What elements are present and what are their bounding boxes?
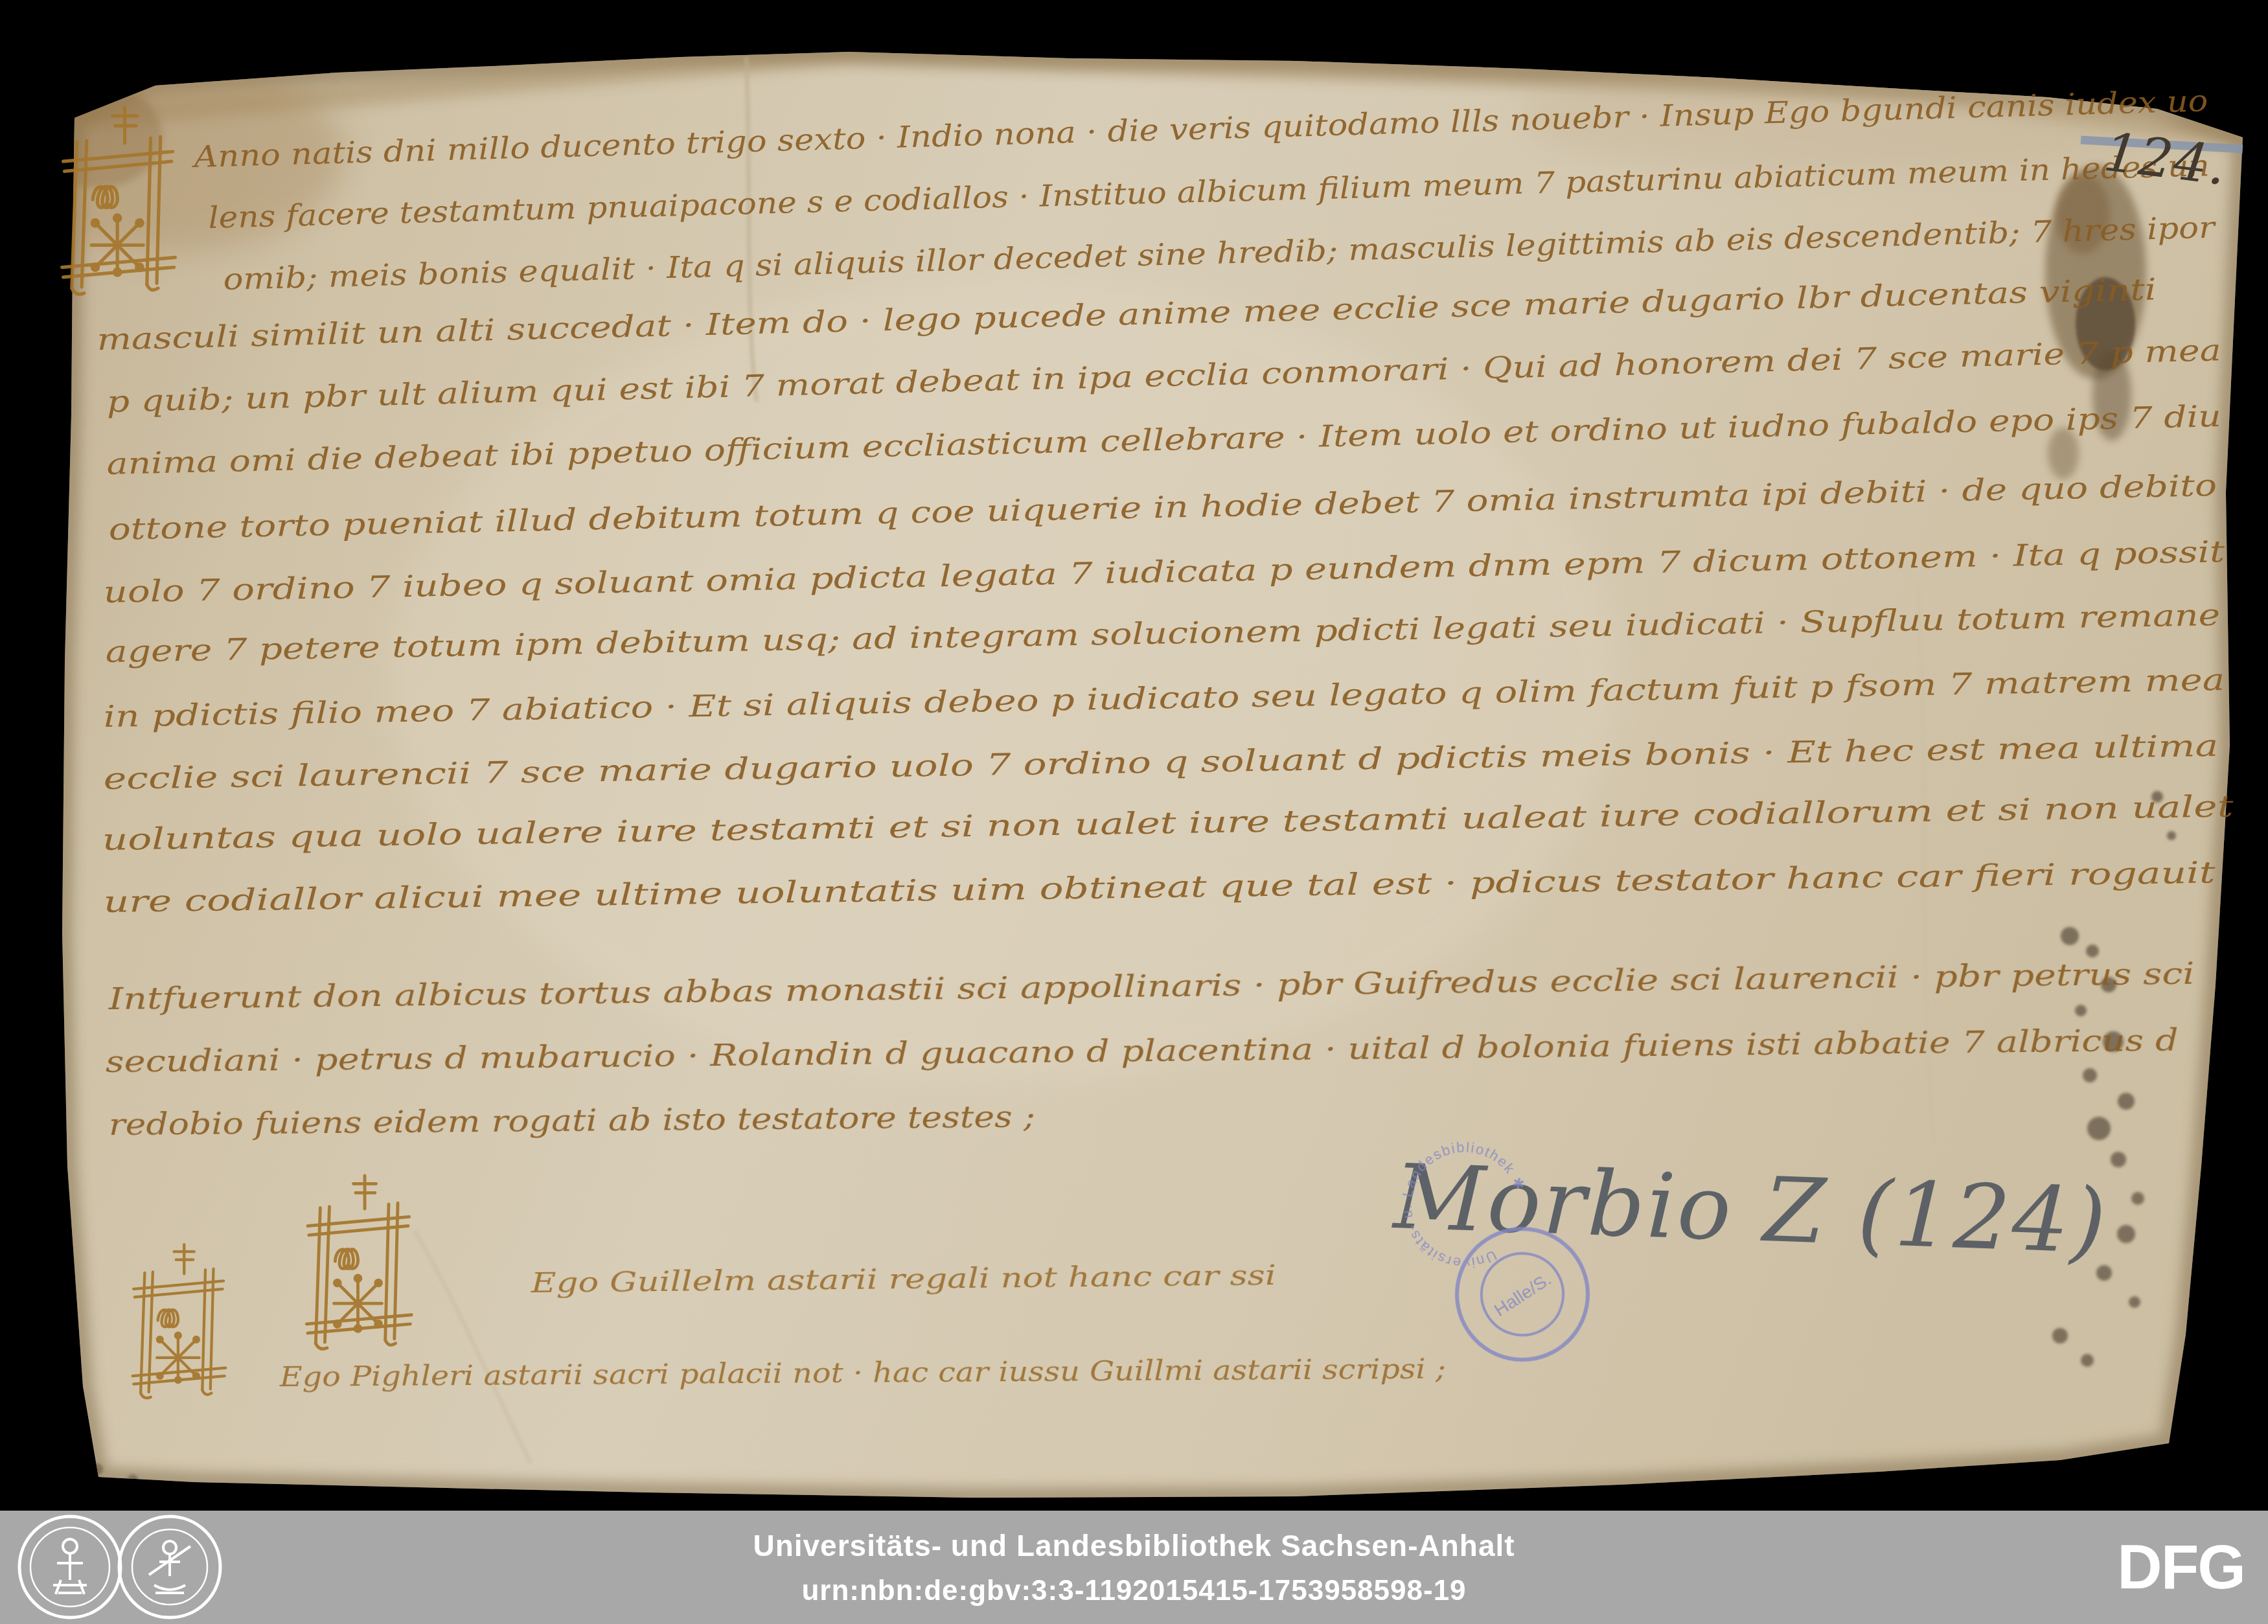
footer-library-name: Universitäts- und Landesbibliothek Sachs… <box>753 1528 1515 1563</box>
footer-bar: Universitäts- und Landesbibliothek Sachs… <box>0 1511 2268 1624</box>
dfg-logo: DFG <box>2117 1511 2245 1624</box>
parchment-canvas: Anno natis dni millo ducento trigo sexto… <box>0 0 2268 1511</box>
footer-urn: urn:nbn:de:gbv:3:3-1192015415-1753958598… <box>801 1575 1466 1607</box>
footer-text-block: Universitäts- und Landesbibliothek Sachs… <box>753 1511 1515 1624</box>
manuscript-scan: Anno natis dni millo ducento trigo sexto… <box>0 0 2268 1511</box>
footer-seals <box>16 1513 215 1621</box>
university-seal-icon <box>115 1513 224 1621</box>
university-seal-icon <box>16 1513 124 1621</box>
